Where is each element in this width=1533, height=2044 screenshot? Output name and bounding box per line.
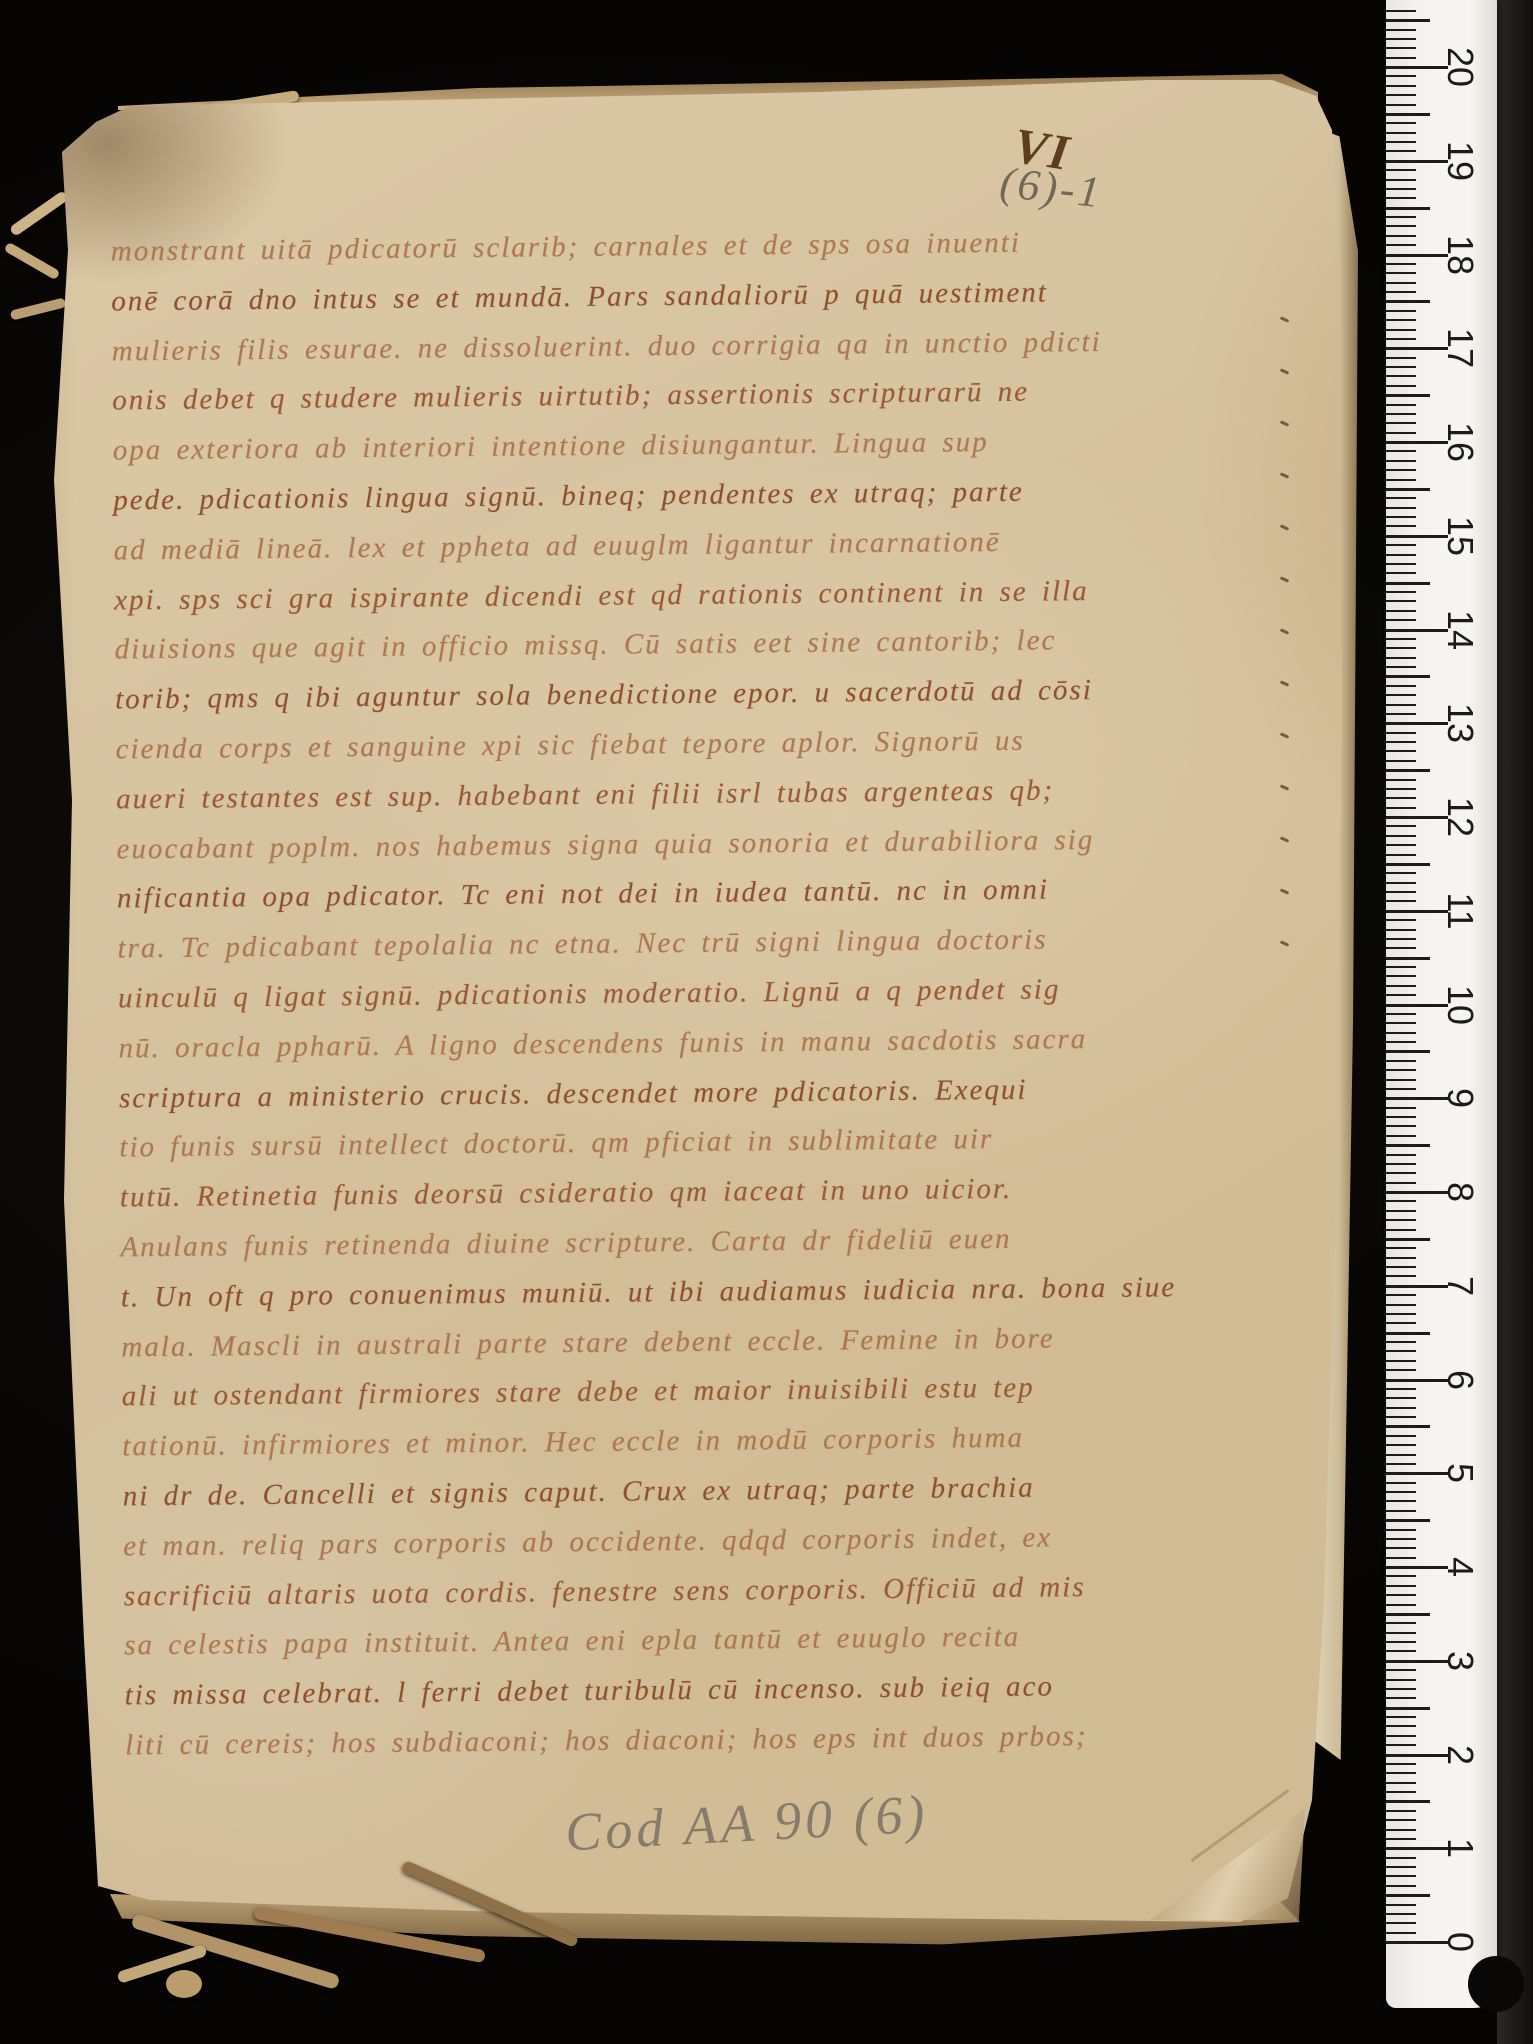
ruler-number: 4 <box>1438 1543 1482 1591</box>
ruler-mm-tick <box>1386 666 1416 668</box>
ruler-mm-tick <box>1386 385 1416 387</box>
ruler-mm-tick <box>1386 882 1416 884</box>
ruler-number: 17 <box>1438 324 1482 372</box>
ruler-mm-tick <box>1386 732 1416 734</box>
ruler-mm-tick <box>1386 1247 1416 1249</box>
ruler-mm-tick <box>1386 104 1416 106</box>
ruler-mm-tick <box>1386 207 1430 210</box>
ruler-mm-tick <box>1386 797 1416 799</box>
ruler-mm-tick <box>1386 619 1416 621</box>
ruler-mm-tick <box>1386 310 1416 312</box>
ruler-mm-tick <box>1386 1491 1416 1493</box>
ruler-number: 2 <box>1438 1731 1482 1779</box>
ruler-mm-tick <box>1386 94 1416 96</box>
ruler-mm-tick <box>1386 366 1416 368</box>
ruler-mm-tick <box>1386 554 1416 556</box>
ruler-mm-tick <box>1386 1819 1416 1821</box>
ruler-mm-tick <box>1386 1219 1416 1221</box>
ruler-mm-tick <box>1386 169 1416 171</box>
ruler-mm-tick <box>1386 1782 1416 1784</box>
ruler-mm-tick <box>1386 1857 1416 1859</box>
ruler-mm-tick <box>1386 863 1430 866</box>
ruler-mm-tick <box>1386 750 1416 752</box>
ruler-mm-tick <box>1386 132 1416 134</box>
ruler-mm-tick <box>1386 460 1416 462</box>
ruler-mm-tick <box>1386 272 1416 274</box>
ruler-number: 0 <box>1438 1918 1482 1966</box>
ruler-mm-tick <box>1386 1641 1416 1643</box>
ruler-mm-tick <box>1386 1557 1416 1559</box>
ruler-mm-tick <box>1386 1125 1416 1127</box>
ruler-mm-tick <box>1386 1875 1416 1877</box>
ruler-number: 12 <box>1438 793 1482 841</box>
ruler-shadow <box>1497 0 1533 2044</box>
ruler-mm-tick <box>1386 357 1416 359</box>
ruler-mm-tick <box>1386 788 1416 790</box>
ruler-mm-tick <box>1386 1575 1416 1577</box>
ruler-mm-tick <box>1386 1632 1416 1634</box>
ruler-mm-tick <box>1386 854 1416 856</box>
ruler-mm-tick <box>1386 1050 1430 1053</box>
ruler-mm-tick <box>1386 1744 1416 1746</box>
leather-tie-knot <box>166 1970 202 1998</box>
ruler-mm-tick <box>1386 1182 1416 1184</box>
ruler-mm-tick <box>1386 1107 1416 1109</box>
ruler-mm-tick <box>1386 1332 1430 1335</box>
ruler-number: 8 <box>1438 1168 1482 1216</box>
ruler-mm-tick <box>1386 1585 1416 1587</box>
ruler-number: 13 <box>1438 699 1482 747</box>
folio-number-pencil: (6)-1 <box>998 157 1106 218</box>
ruler-mm-tick <box>1386 1313 1416 1315</box>
ruler-mm-tick <box>1386 422 1416 424</box>
ruler-mm-tick <box>1386 141 1416 143</box>
photograph-canvas: monstrant uitā pdicatorū sclarib; carnal… <box>0 0 1533 2044</box>
ruler-mm-tick <box>1386 29 1416 31</box>
ruler-number: 6 <box>1438 1356 1482 1404</box>
ruler-mm-tick <box>1386 216 1416 218</box>
ruler-mm-tick <box>1386 235 1416 237</box>
ruler-mm-tick <box>1386 1454 1416 1456</box>
ruler-mm-tick <box>1386 1500 1416 1502</box>
ruler-mm-tick <box>1386 1482 1416 1484</box>
ruler-mm-tick <box>1386 1032 1416 1034</box>
ruler-mm-tick <box>1386 572 1416 574</box>
ruler-mm-tick <box>1386 694 1416 696</box>
ruler-mm-tick <box>1386 479 1416 481</box>
ruler-number: 16 <box>1438 418 1482 466</box>
ruler-mm-tick <box>1386 375 1416 377</box>
leather-tie-left-loop <box>10 297 67 320</box>
ruler-mm-tick <box>1386 1463 1416 1465</box>
ruler-mm-tick <box>1386 1538 1416 1540</box>
ruler-mm-tick <box>1386 1275 1416 1277</box>
ruler-mm-tick <box>1386 1800 1430 1803</box>
ruler-number: 11 <box>1438 887 1482 935</box>
ruler-mm-tick <box>1386 985 1416 987</box>
ruler-mm-tick <box>1386 179 1416 181</box>
ruler-mm-tick <box>1386 197 1416 199</box>
ruler-mm-tick <box>1386 1238 1430 1241</box>
ruler-mm-tick <box>1386 582 1430 585</box>
ruler-mm-tick <box>1386 1716 1416 1718</box>
ruler-mm-tick <box>1386 1791 1416 1793</box>
ruler-mm-tick <box>1386 122 1416 124</box>
ruler-mm-tick <box>1386 263 1416 265</box>
ruler-number: 20 <box>1438 43 1482 91</box>
ruler-mm-tick <box>1386 319 1416 321</box>
ruler-mm-tick <box>1386 1069 1416 1071</box>
ruler-mm-tick <box>1386 338 1416 340</box>
ruler-mm-tick <box>1386 1622 1416 1624</box>
ruler-mm-tick <box>1386 525 1416 527</box>
text-block: monstrant uitā pdicatorū sclarib; carnal… <box>111 217 1256 1771</box>
ruler-mm-tick <box>1386 975 1416 977</box>
ruler-mm-tick <box>1386 1135 1416 1137</box>
ruler-mm-tick <box>1386 75 1416 77</box>
ruler-mm-tick <box>1386 244 1416 246</box>
ruler-mm-tick <box>1386 1604 1416 1606</box>
ruler-mm-tick <box>1386 929 1416 931</box>
ruler-mm-tick <box>1386 741 1416 743</box>
ruler-mm-tick <box>1386 1904 1416 1906</box>
ruler-mm-tick <box>1386 704 1416 706</box>
ruler-mm-tick <box>1386 1529 1416 1531</box>
ruler-mm-tick <box>1386 1510 1416 1512</box>
ruler-mm-tick <box>1386 1388 1416 1390</box>
ruler-mm-tick <box>1386 1725 1416 1727</box>
ruler-mm-tick <box>1386 647 1416 649</box>
ruler-mm-tick <box>1386 1154 1416 1156</box>
ruler-mm-tick <box>1386 282 1416 284</box>
ruler-mm-tick <box>1386 300 1430 303</box>
ruler-mm-tick <box>1386 957 1430 960</box>
ruler-mm-tick <box>1386 1294 1416 1296</box>
ruler-mm-tick <box>1386 1266 1416 1268</box>
ruler-mm-tick <box>1386 329 1416 331</box>
ruler-mm-tick <box>1386 57 1416 59</box>
ruler-mm-tick <box>1386 900 1416 902</box>
ruler-mm-tick <box>1386 779 1416 781</box>
ruler-mm-tick <box>1386 1810 1416 1812</box>
ruler-mm-tick <box>1386 1341 1416 1343</box>
ruler-number: 3 <box>1438 1637 1482 1685</box>
ruler-mm-tick <box>1386 1257 1416 1259</box>
ruler-number: 7 <box>1438 1262 1482 1310</box>
ruler-mm-tick <box>1386 469 1416 471</box>
ruler-notch <box>1468 1956 1524 2012</box>
ruler-mm-tick <box>1386 413 1416 415</box>
ruler-mm-tick <box>1386 1697 1416 1699</box>
ruler-mm-tick <box>1386 600 1416 602</box>
ruler-mm-tick <box>1386 19 1430 22</box>
ruler-mm-tick <box>1386 1360 1416 1362</box>
ruler-mm-tick <box>1386 1519 1430 1522</box>
ruler-mm-tick <box>1386 1613 1430 1616</box>
ruler-mm-tick <box>1386 1088 1416 1090</box>
ruler-number: 19 <box>1438 137 1482 185</box>
ruler-mm-tick <box>1386 1013 1416 1015</box>
ruler-mm-tick <box>1386 1079 1416 1081</box>
ruler-number: 15 <box>1438 512 1482 560</box>
ruler-mm-tick <box>1386 1894 1430 1897</box>
ruler-mm-tick <box>1386 10 1416 12</box>
ruler-mm-tick <box>1386 947 1416 949</box>
ruler-mm-tick <box>1386 713 1416 715</box>
ruler-mm-tick <box>1386 1669 1416 1671</box>
ruler-mm-tick <box>1386 994 1416 996</box>
ruler-mm-tick <box>1386 1829 1416 1831</box>
ruler-mm-tick <box>1386 769 1430 772</box>
ruler-mm-tick <box>1386 1163 1416 1165</box>
ruler-mm-tick <box>1386 1116 1416 1118</box>
ruler-mm-tick <box>1386 488 1430 491</box>
ruler-mm-tick <box>1386 1416 1416 1418</box>
ruler-mm-tick <box>1386 404 1416 406</box>
ruler-mm-tick <box>1386 891 1416 893</box>
ruler-mm-tick <box>1386 844 1416 846</box>
leather-tie-left-loop <box>4 242 61 281</box>
ruler-mm-tick <box>1386 1210 1416 1212</box>
ruler-mm-tick <box>1386 1885 1416 1887</box>
ruler-mm-tick <box>1386 1435 1416 1437</box>
ruler-mm-tick <box>1386 919 1416 921</box>
ruler-mm-tick <box>1386 47 1416 49</box>
ruler-mm-tick <box>1386 638 1416 640</box>
ruler-mm-tick <box>1386 1022 1416 1024</box>
ruler-mm-tick <box>1386 432 1416 434</box>
ruler-mm-tick <box>1386 685 1416 687</box>
ruler-mm-tick <box>1386 1650 1416 1652</box>
ruler-mm-tick <box>1386 1772 1416 1774</box>
ruler-mm-tick <box>1386 872 1416 874</box>
ruler-number: 18 <box>1438 231 1482 279</box>
ruler-mm-tick <box>1386 610 1416 612</box>
ruler-mm-tick <box>1386 188 1416 190</box>
ruler-mm-tick <box>1386 657 1416 659</box>
leather-tie-left-loop <box>9 190 69 237</box>
ruler-mm-tick <box>1386 835 1416 837</box>
ruler-mm-tick <box>1386 497 1416 499</box>
ruler-mm-tick <box>1386 1444 1416 1446</box>
ruler-mm-tick <box>1386 113 1430 116</box>
ruler-mm-tick <box>1386 394 1430 397</box>
ruler-number: 1 <box>1438 1824 1482 1872</box>
ruler-mm-tick <box>1386 1350 1416 1352</box>
ruler-mm-tick <box>1386 1679 1416 1681</box>
ruler-mm-tick <box>1386 1707 1430 1710</box>
ruler-mm-tick <box>1386 938 1416 940</box>
ruler-mm-tick <box>1386 1838 1416 1840</box>
ruler-mm-tick <box>1386 1547 1416 1549</box>
ruler-mm-tick <box>1386 760 1416 762</box>
ruler-mm-tick <box>1386 291 1416 293</box>
ruler-mm-tick <box>1386 563 1416 565</box>
ruler-mm-tick <box>1386 1304 1416 1306</box>
ruler-mm-tick <box>1386 225 1416 227</box>
ruler-mm-tick <box>1386 966 1416 968</box>
ruler-mm-tick <box>1386 1866 1416 1868</box>
ruler-mm-tick <box>1386 516 1416 518</box>
ruler-mm-tick <box>1386 507 1416 509</box>
ruler-mm-tick <box>1386 1913 1416 1915</box>
ruler-mm-tick <box>1386 1922 1416 1924</box>
ruler-number: 5 <box>1438 1449 1482 1497</box>
ruler-number: 9 <box>1438 1074 1482 1122</box>
ruler-mm-tick <box>1386 1763 1416 1765</box>
ruler-mm-tick <box>1386 450 1416 452</box>
ruler-mm-tick <box>1386 825 1416 827</box>
ruler-mm-tick <box>1386 1369 1416 1371</box>
ruler-mm-tick <box>1386 1735 1416 1737</box>
ruler-mm-tick <box>1386 38 1416 40</box>
ruler-mm-tick <box>1386 85 1416 87</box>
ruler-mm-tick <box>1386 591 1416 593</box>
ruler-mm-tick <box>1386 1200 1416 1202</box>
ruler-mm-tick <box>1386 1932 1416 1934</box>
ruler-mm-tick <box>1386 807 1416 809</box>
ruler-mm-tick <box>1386 1229 1416 1231</box>
ruler-number: 14 <box>1438 606 1482 654</box>
ruler-mm-tick <box>1386 1144 1430 1147</box>
ruler-mm-tick <box>1386 1172 1416 1174</box>
ruler-mm-tick <box>1386 1041 1416 1043</box>
ruler-mm-tick <box>1386 1407 1416 1409</box>
ruler-mm-tick <box>1386 1322 1416 1324</box>
ruler-number: 10 <box>1438 981 1482 1029</box>
ruler-mm-tick <box>1386 675 1430 678</box>
ruler-mm-tick <box>1386 150 1416 152</box>
ruler-mm-tick <box>1386 1594 1416 1596</box>
ruler-mm-tick <box>1386 1060 1416 1062</box>
ruler-mm-tick <box>1386 544 1416 546</box>
ruler-mm-tick <box>1386 1397 1416 1399</box>
ruler-mm-tick <box>1386 1688 1416 1690</box>
ruler-mm-tick <box>1386 1425 1430 1428</box>
